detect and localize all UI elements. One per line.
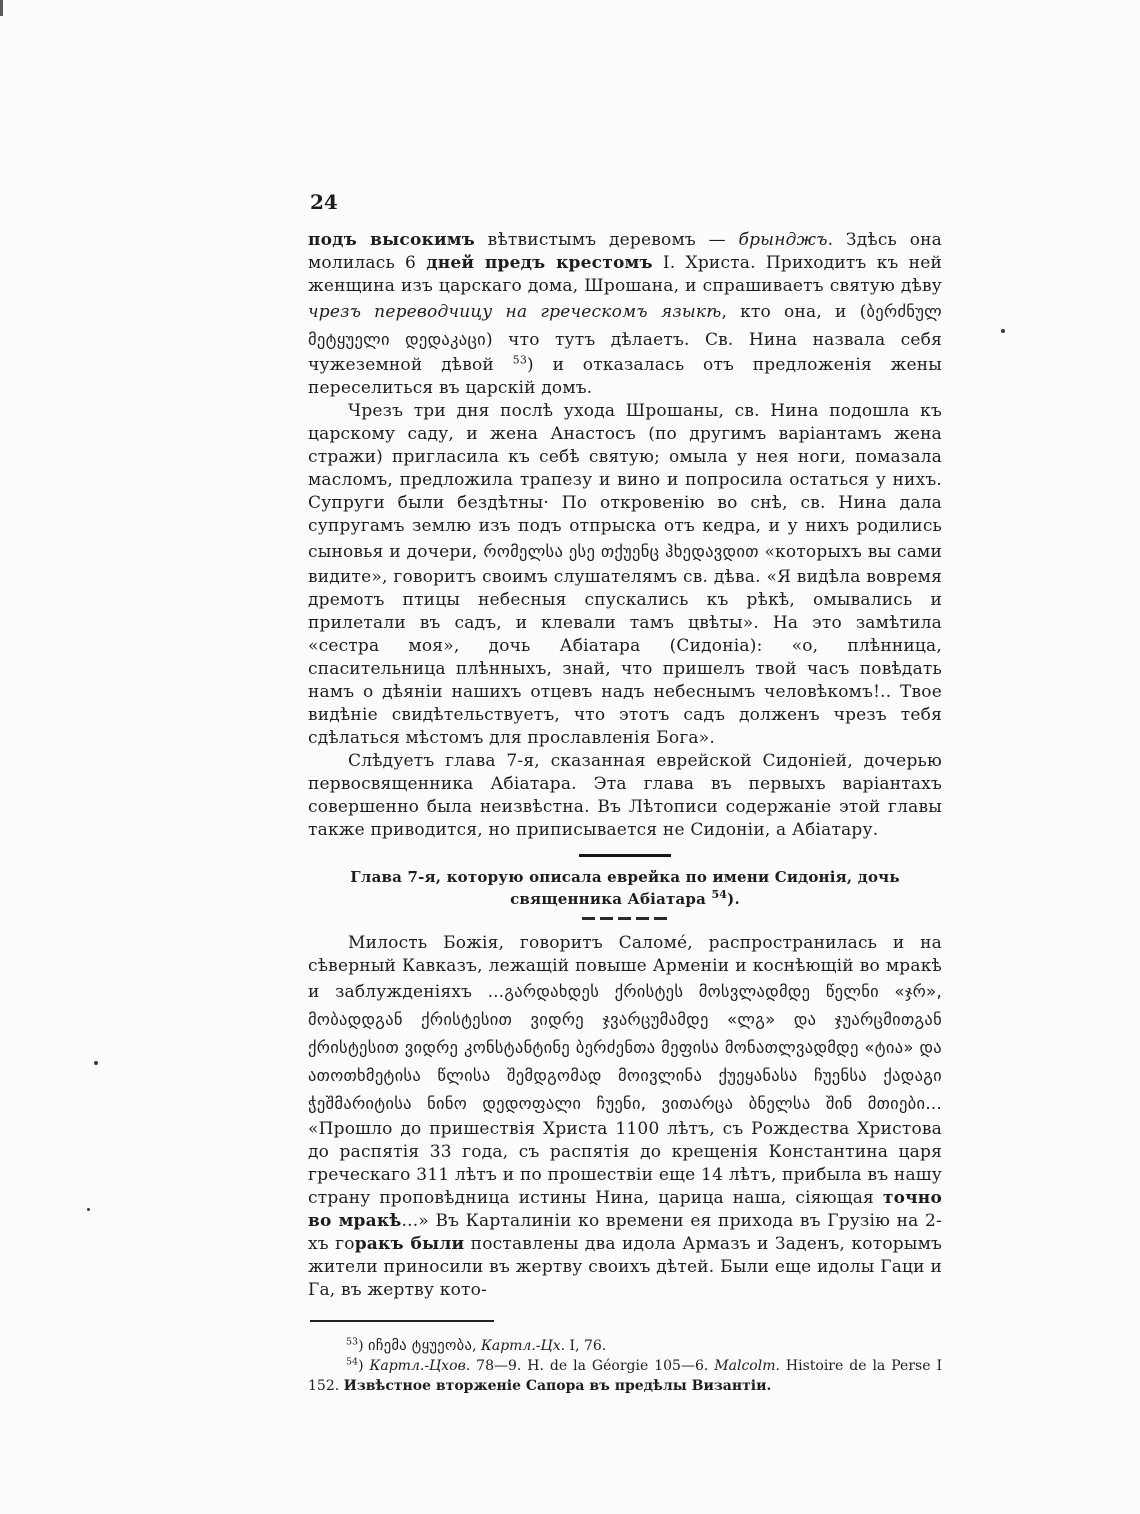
text-run: Картл.-Цх.: [481, 1338, 565, 1354]
text-run: дней предъ крестомъ: [426, 253, 652, 273]
text-run: ракъ были: [355, 1234, 465, 1254]
paragraph-salome-chapter: Милость Божія, говоритъ Саломе́, распрос…: [308, 932, 942, 1302]
text-run: «Прошло до пришествія Христа 1100 лѣтъ, …: [308, 1119, 942, 1208]
text-run: Слѣдуетъ глава 7-я, сказанная еврейской …: [308, 751, 942, 840]
text-run: Чрезъ три дня послѣ ухода Шрошаны, св. Н…: [308, 401, 942, 562]
paragraph-royal-garden: Чрезъ три дня послѣ ухода Шрошаны, св. Н…: [308, 400, 942, 750]
body-text: подъ высокимъ вѣтвистымъ деревомъ — брын…: [308, 229, 942, 1396]
text-run: Глава 7-я, которую описала еврейка по им…: [350, 868, 899, 908]
scan-speck: [87, 1208, 90, 1211]
text-run: ): [358, 1358, 369, 1374]
footnote-marker: 53: [513, 353, 527, 366]
text-run: რომელსა ესე თქუენც ჰხედავდით: [483, 542, 758, 561]
scanned-book-page: { "page": { "number": "24", "background"…: [0, 0, 1140, 1514]
paragraph-tree-prayer: подъ высокимъ вѣтвистымъ деревомъ — брын…: [308, 229, 942, 400]
scan-speck: [94, 1061, 98, 1065]
text-run: вѣтвистымъ деревомъ —: [475, 230, 739, 250]
page-number: 24: [310, 192, 942, 212]
text-run: подъ высокимъ: [308, 230, 475, 250]
text-run: Извѣстное вторженіе Сапора въ предѣлы Ви…: [344, 1378, 772, 1394]
text-run: Malcolm.: [714, 1358, 780, 1374]
footnote-marker: 54: [711, 888, 727, 901]
text-run: , кто она, и (: [721, 302, 866, 322]
footnote-53: 53) იჩემა ტყუეობა, Картл.-Цх. I, 76.: [308, 1336, 942, 1357]
scan-speck: [1001, 329, 1005, 333]
text-run: ): [358, 1338, 368, 1354]
text-run: ).: [727, 890, 740, 908]
text-run: I, 76.: [565, 1338, 606, 1354]
text-run: ,: [472, 1338, 481, 1354]
text-run: «которыхъ вы сами видите», говоритъ свои…: [308, 542, 942, 748]
scan-edge-artifact: [0, 0, 3, 16]
footnote-marker: 54: [346, 1356, 358, 1367]
chapter-heading: Глава 7-я, которую описала еврейка по им…: [308, 866, 942, 910]
text-block: 24 подъ высокимъ вѣтвистымъ деревомъ — б…: [308, 192, 942, 1396]
text-run: Картл.-Цхов.: [370, 1358, 471, 1374]
text-run: იჩემა ტყუეობა: [368, 1338, 472, 1354]
paragraph-chapter-note: Слѣдуетъ глава 7-я, сказанная еврейской …: [308, 750, 942, 842]
text-run: 78—9. H. de la Géorgie 105—6.: [470, 1358, 714, 1374]
section-rule: [579, 854, 671, 857]
footnote-54: 54) Картл.-Цхов. 78—9. H. de la Géorgie …: [308, 1357, 942, 1396]
text-run: брынджъ: [739, 230, 828, 250]
footnote-marker: 53: [346, 1336, 358, 1347]
text-run: чрезъ переводчицу на греческомъ языкѣ: [308, 302, 721, 322]
heading-rule: [582, 917, 668, 920]
footnote-rule: [310, 1320, 494, 1322]
